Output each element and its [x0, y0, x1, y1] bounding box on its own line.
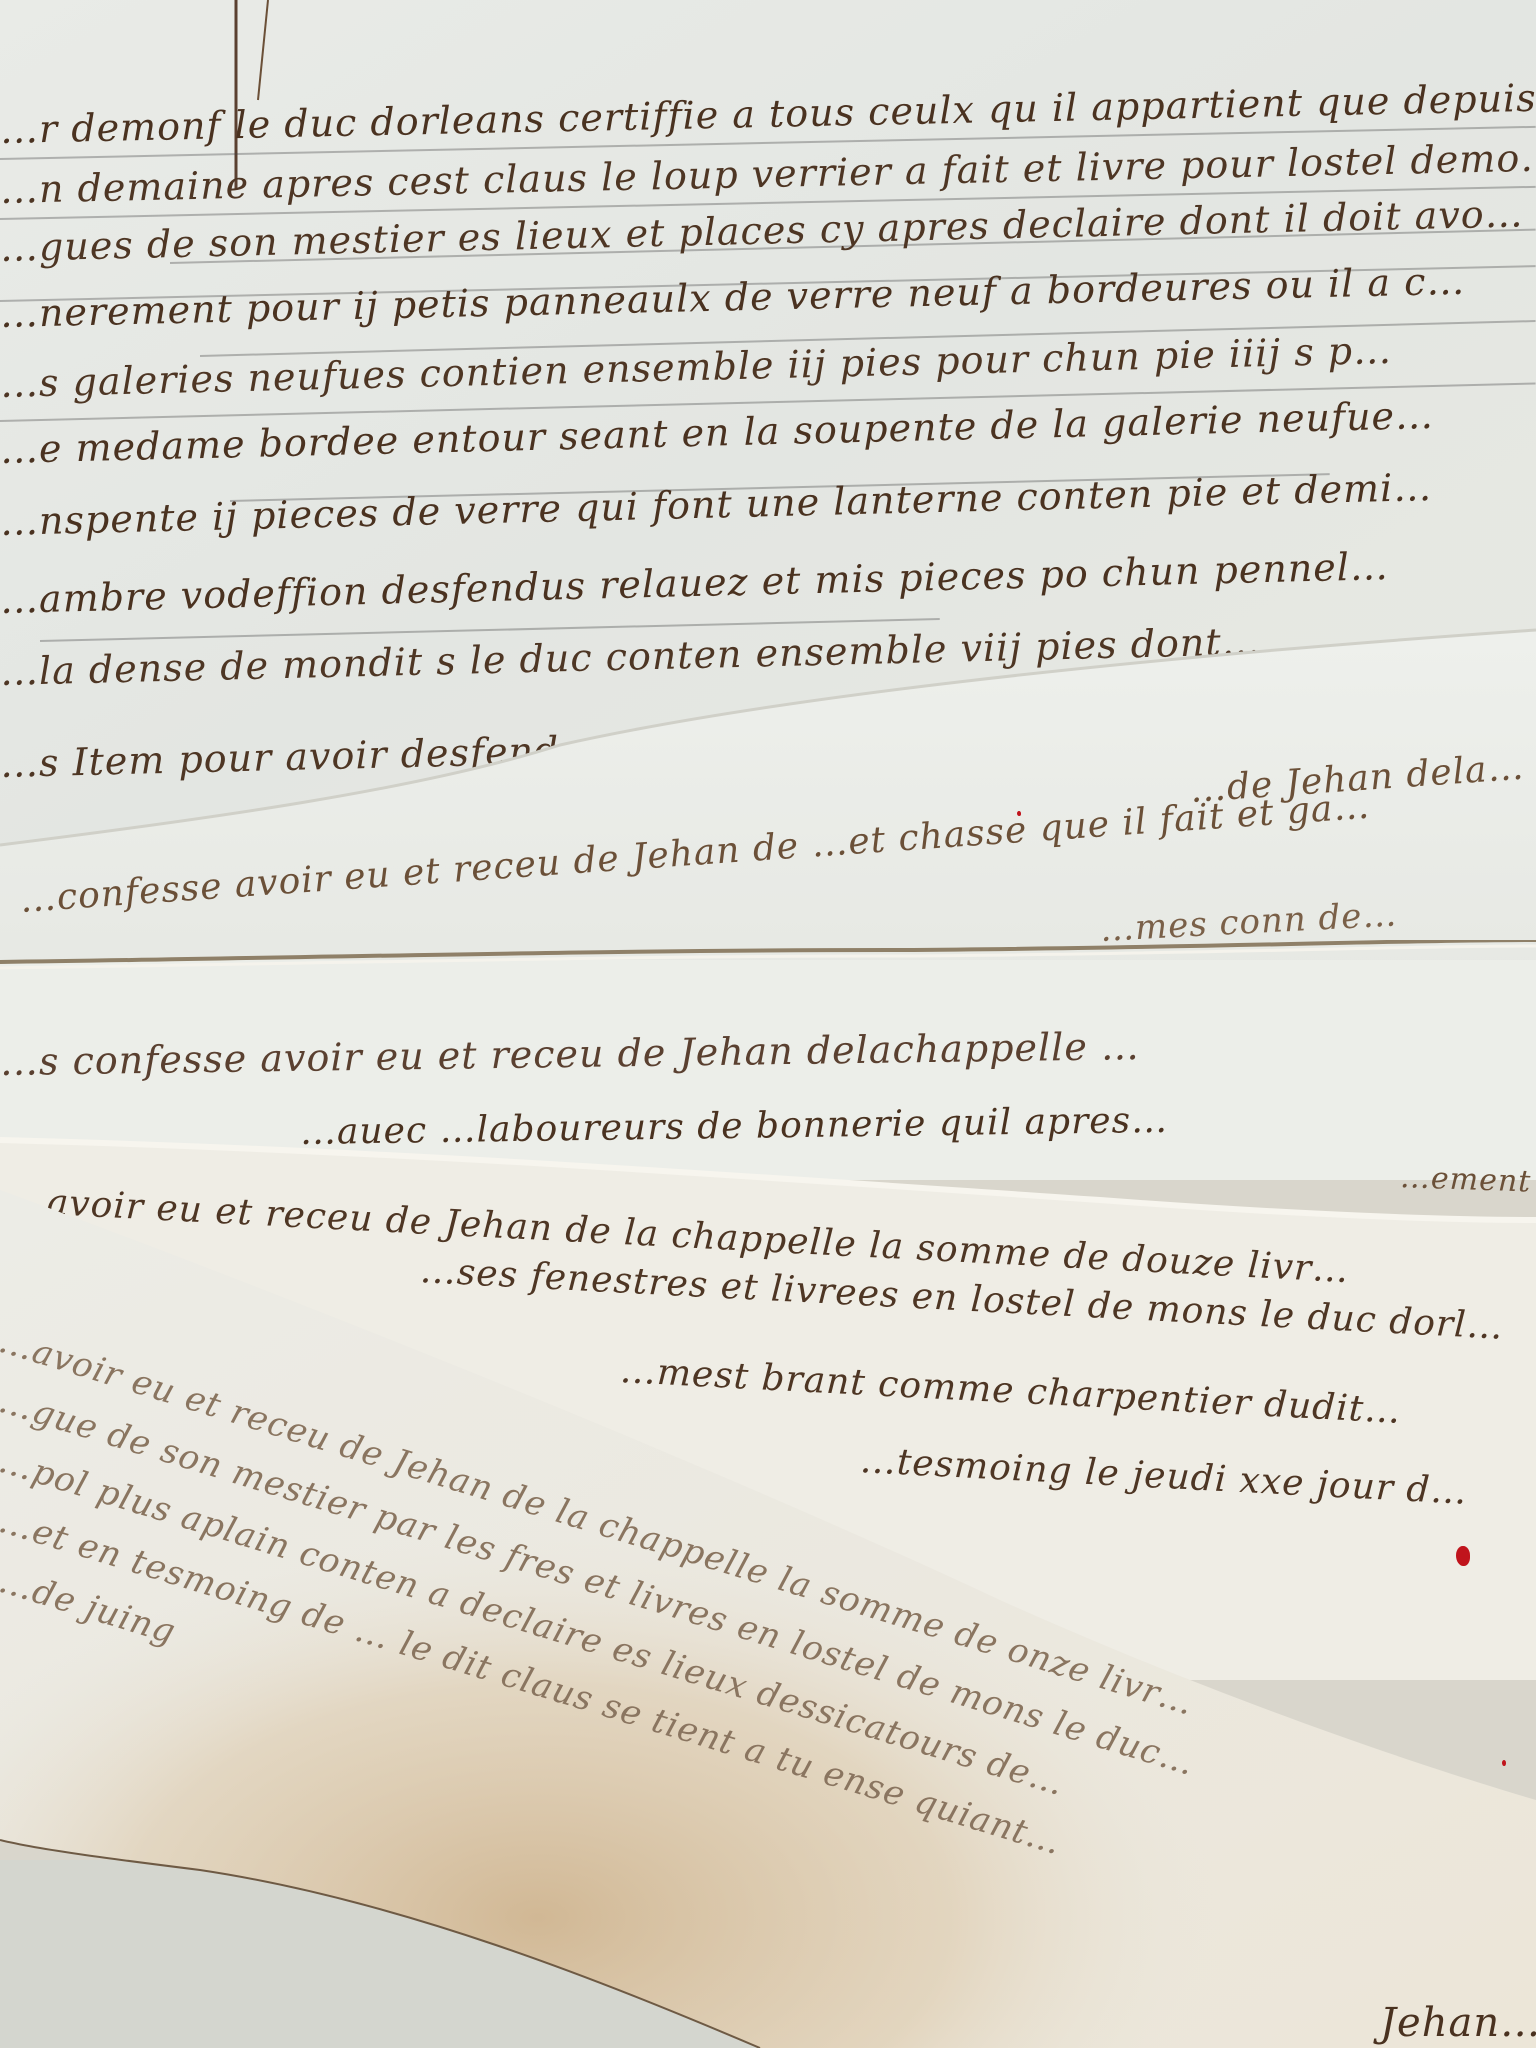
parchment-sheet-second: …de Jehan dela… …confesse avoir eu et re… [0, 0, 1536, 1000]
signature: Jehan… [1380, 2000, 1536, 2046]
photo-scene: …r demonf le duc dorleans certiffie a to… [0, 0, 1536, 2048]
red-wax-drop [1017, 811, 1021, 816]
parchment-sheet-bottom: …avoir eu et receu de Jehan de la chappe… [0, 1180, 1536, 2048]
red-wax-drop [1456, 1546, 1470, 1566]
red-wax-drop [1502, 1760, 1506, 1766]
